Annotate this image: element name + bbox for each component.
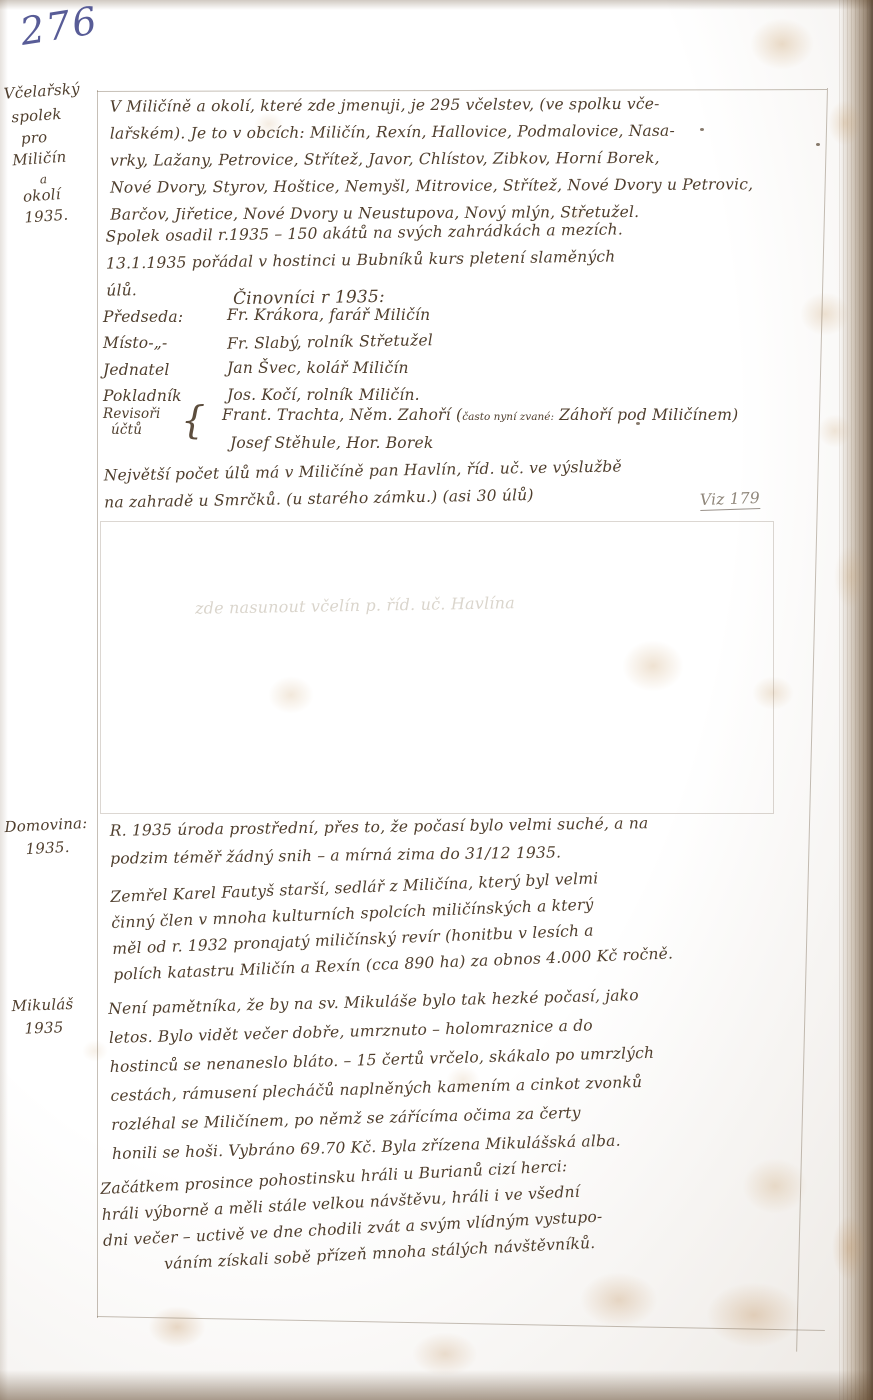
page-left-shadow xyxy=(0,0,8,1400)
margin-note-mikulas: Mikuláš 1935 xyxy=(11,993,74,1039)
text-line: V Miličíně a okolí, které zde jmenuji, j… xyxy=(110,94,753,124)
margin-note-line: 1935 xyxy=(24,1016,74,1039)
page-bottom-shadow xyxy=(0,1370,873,1400)
havlin-paragraph: Největší počet úlů má v Miličíně pan Hav… xyxy=(104,457,623,520)
margin-note-line: 1935. xyxy=(25,835,89,859)
photo-placeholder-box xyxy=(100,521,774,814)
officer-role: Předseda: xyxy=(103,308,183,326)
paper-stain xyxy=(750,18,814,70)
officer-value: Jan Švec, kolář Miličín xyxy=(227,359,409,377)
officer-value: Fr. Slabý, rolník Střetužel xyxy=(227,331,433,353)
text-line: účtů xyxy=(111,422,161,438)
margin-note-bees: Včelařský spolek pro Miličín a okolí 193… xyxy=(3,78,89,229)
text-line: vrky, Lažany, Petrovice, Střítež, Javor,… xyxy=(110,148,753,178)
paper-stain xyxy=(148,1306,206,1348)
text-line: Revisoři xyxy=(103,406,161,422)
revisor-note-small: často nyní zvané: xyxy=(462,411,554,423)
domovina-weather-paragraph: R. 1935 úroda prostřední, přes to, že po… xyxy=(110,814,649,878)
revisor-name: Frant. Trachta, Něm. Zahoří ( xyxy=(222,406,462,424)
revisor-note-rest: Záhoří pod Miličínem) xyxy=(554,406,738,424)
officer-value: Jos. Kočí, rolník Miličín. xyxy=(227,386,420,404)
revisor-line-2: Josef Stěhule, Hor. Borek xyxy=(230,434,433,452)
officer-role: Jednatel xyxy=(103,361,170,379)
officer-value: Fr. Krákora, farář Miličín xyxy=(227,306,430,324)
domovina-obituary-paragraph: Zemřel Karel Fautyš starší, sedlář z Mil… xyxy=(110,866,674,991)
page-number: 276 xyxy=(17,0,101,54)
theatre-paragraph: Začátkem prosince pohostinsku hráli u Bu… xyxy=(100,1156,604,1284)
page-top-shadow xyxy=(0,0,873,10)
frame-line-right xyxy=(796,88,828,1352)
text-line: Nové Dvory, Styrov, Hoštice, Nemyšl, Mit… xyxy=(110,175,753,205)
paper-stain xyxy=(580,1272,658,1328)
book-page-edge xyxy=(839,0,873,1400)
text-line: lařském). Je to v obcích: Miličín, Rexín… xyxy=(110,121,753,151)
paper-speck xyxy=(816,143,820,146)
officer-role: Pokladník xyxy=(103,387,182,405)
brace-glyph: { xyxy=(181,398,205,442)
frame-line-top xyxy=(97,89,827,92)
margin-note-domovina: Domovina: 1935. xyxy=(4,812,89,860)
revisor-line-1: Frant. Trachta, Něm. Zahoří (často nyní … xyxy=(222,406,738,424)
frame-line-bottom xyxy=(97,1316,825,1331)
officer-role: Místo-„- xyxy=(103,334,167,352)
paper-stain xyxy=(706,1282,802,1348)
frame-line-left xyxy=(97,90,98,1318)
margin-note-line: 1935. xyxy=(24,202,89,227)
bees-paragraph: V Miličíně a okolí, které zde jmenuji, j… xyxy=(110,94,754,232)
revisors-role: Revisoři účtů xyxy=(103,406,161,438)
chronicle-page: { "page": { "number": "276" }, "colors":… xyxy=(0,0,873,1400)
pencil-page-reference: Viz 179 xyxy=(700,489,761,511)
margin-note-line: Mikuláš xyxy=(11,993,74,1018)
paper-stain xyxy=(82,1040,108,1062)
paper-stain xyxy=(742,1158,808,1214)
mikulas-paragraph: Není pamětníka, že by na sv. Mikuláše by… xyxy=(108,986,657,1174)
